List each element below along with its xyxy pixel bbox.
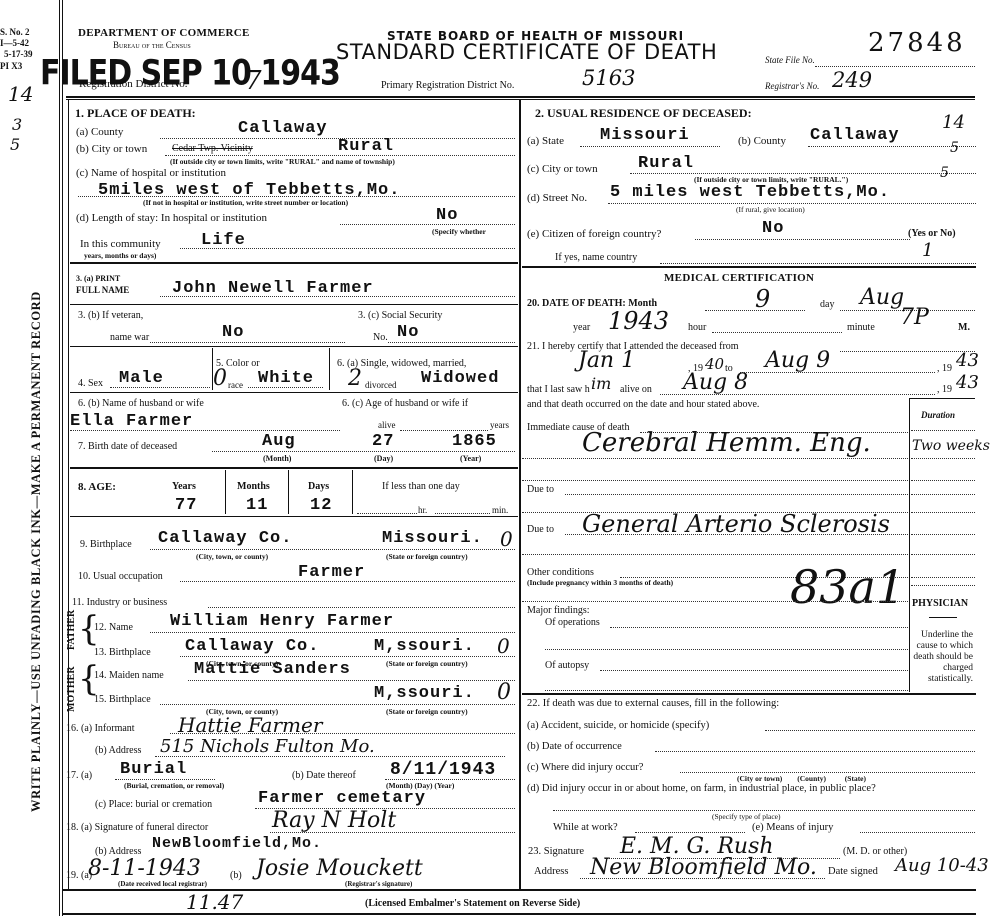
father-name-label: 12. Name [94, 622, 133, 633]
registrar-label: (b) [230, 870, 242, 881]
rule [705, 310, 805, 311]
age-min-label: min. [492, 505, 508, 515]
rule [545, 690, 908, 691]
rule [911, 494, 975, 495]
funeral-director-label: 18. (a) Signature of funeral director [66, 822, 208, 833]
code-mark: 83a1 [790, 560, 905, 614]
registration-district-label: Registration District No. [79, 78, 187, 90]
informant-address-label: (b) Address [95, 745, 141, 756]
rule [608, 203, 976, 204]
death-month-value[interactable]: 9 [755, 285, 770, 313]
margin-rule [59, 0, 60, 916]
age-hr-label: hr. [418, 505, 427, 515]
state-file-number: 27848 [868, 28, 966, 58]
father-state-hint: (State or foreign country) [386, 659, 468, 668]
margin-note-1: 14 [8, 82, 33, 106]
form-code-1: S. No. 2 [0, 27, 30, 37]
birth-year-value[interactable]: 1865 [452, 432, 497, 451]
informant-label: 16. (a) Informant [66, 723, 135, 734]
death-county-value[interactable]: Callaway [238, 119, 328, 138]
occurrence-date-label: (b) Date of occurrence [527, 741, 622, 752]
marital-code: 2 [348, 366, 362, 391]
attended-to-value[interactable]: Aug 9 [765, 348, 830, 373]
residence-state-label: (a) State [527, 135, 564, 147]
rule [225, 470, 226, 514]
city-label: (b) City or town [76, 143, 147, 155]
external-heading: 22. If death was due to external causes,… [527, 698, 779, 709]
residence-city-value[interactable]: Rural [638, 154, 694, 173]
registrar-signature[interactable]: Josie Mouckett [256, 856, 423, 881]
rule [329, 348, 330, 390]
rule [553, 810, 975, 811]
full-name-label-2: FULL NAME [76, 285, 129, 295]
medical-certification-heading: MEDICAL CERTIFICATION [664, 272, 814, 284]
spouse-age-sub: alive [378, 420, 396, 430]
injury-place-label: (d) Did injury occur in or about home, o… [527, 783, 876, 794]
birth-day-hint: (Day) [374, 454, 393, 463]
ssn-value[interactable]: No [397, 323, 419, 342]
rule [170, 733, 515, 734]
age-days-label: Days [308, 481, 329, 492]
rule [180, 656, 515, 657]
rule [150, 549, 515, 550]
registrar-hint: (Registrar's signature) [345, 880, 412, 888]
rule [357, 513, 417, 514]
rule [155, 756, 505, 757]
industry-label: 11. Industry or business [72, 597, 167, 608]
community-hint: years, months or days) [84, 251, 156, 260]
residence-heading: 2. USUAL RESIDENCE OF DECEASED: [535, 106, 752, 121]
duration-column-rule [909, 398, 910, 692]
rule [115, 779, 215, 780]
rule [580, 146, 720, 147]
disposition-hint: (Burial, cremation, or removal) [124, 781, 224, 790]
residence-note-4: 1 [922, 240, 933, 261]
rule [840, 351, 975, 352]
disposition-label: 17. (a) [66, 770, 92, 781]
age-label: 8. AGE: [78, 481, 116, 493]
rule [70, 304, 518, 305]
last-saw-year-prefix: , 19 [937, 384, 952, 395]
margin-note-3: 5 [10, 135, 20, 154]
death-minute-label: minute [847, 322, 875, 333]
city-hint: (If outside city or town limits, write "… [170, 157, 395, 166]
signature-address-value[interactable]: New Bloomfield Mo. [590, 855, 817, 880]
citizen-label: (e) Citizen of foreign country? [527, 228, 661, 240]
burial-date-label: (b) Date thereof [292, 770, 356, 781]
birthplace-city-value[interactable]: Callaway Co. [158, 529, 292, 548]
rule [352, 470, 353, 514]
death-minute-value[interactable]: 7P [900, 305, 929, 330]
veteran-label: 3. (b) If veteran, [78, 310, 143, 321]
death-day-label: day [820, 299, 834, 310]
rule [911, 512, 975, 513]
spouse-label: 6. (b) Name of husband or wife [78, 398, 204, 409]
rule [110, 387, 210, 388]
received-date-value[interactable]: 8-11-1943 [88, 856, 201, 881]
country-label: If yes, name country [555, 252, 637, 263]
rule [70, 467, 518, 469]
rule [712, 332, 842, 333]
hospital-label: (c) Name of hospital or institution [76, 167, 226, 179]
rule [522, 266, 976, 268]
veteran-sub-label: name war [110, 332, 149, 343]
rule [288, 470, 289, 514]
rule [180, 581, 515, 582]
spouse-value[interactable]: Ella Farmer [70, 412, 193, 431]
autopsy-label: Of autopsy [545, 660, 589, 671]
rule [680, 772, 975, 773]
rule [208, 607, 515, 608]
residence-note-3: 5 [940, 165, 949, 181]
mother-birthplace-code: 0 [497, 680, 511, 705]
to-year-value[interactable]: 43 [956, 350, 979, 371]
rule [911, 554, 975, 555]
rule [522, 480, 908, 481]
residence-county-value[interactable]: Callaway [810, 126, 900, 145]
rule [270, 832, 515, 833]
rule [165, 155, 515, 156]
rule [522, 554, 908, 555]
ssn-sub-label: No. [373, 332, 388, 343]
other-conditions-label: Other conditions [527, 567, 594, 578]
rule [150, 342, 345, 343]
burial-date-value[interactable]: 8/11/1943 [390, 760, 496, 780]
rule [909, 398, 975, 399]
state-file-label: State File No. [765, 55, 815, 65]
spouse-age-label: 6. (c) Age of husband or wife if [342, 398, 468, 409]
primary-registration-number: 5163 [582, 66, 635, 90]
residence-note-1: 14 [942, 112, 965, 133]
rule [600, 670, 908, 671]
certificate-title: STANDARD CERTIFICATE OF DEATH [336, 40, 717, 64]
death-m-label: M. [958, 322, 970, 333]
rule [150, 632, 515, 633]
birth-day-value[interactable]: 27 [372, 432, 394, 451]
rule [400, 430, 488, 431]
injury-where-hint: (City or town) (County) (State) [737, 774, 866, 783]
rule [435, 513, 490, 514]
last-saw-label-2: alive on [620, 384, 652, 395]
duration-label: Duration [921, 410, 955, 420]
citizen-hint: (Yes or No) [908, 228, 956, 239]
birth-month-value[interactable]: Aug [262, 432, 296, 451]
birth-date-label: 7. Birth date of deceased [78, 441, 177, 452]
embalmer-note: (Licensed Embalmer's Statement on Revers… [365, 898, 580, 909]
means-label: (e) Means of injury [752, 822, 833, 833]
to-year-prefix: , 19 [937, 363, 952, 374]
hospital-hint: (If not in hospital or institution, writ… [143, 198, 348, 207]
primary-registration-label: Primary Registration District No. [381, 80, 514, 91]
funeral-director-signature[interactable]: Ray N Holt [272, 808, 396, 833]
director-address-value[interactable]: NewBloomfield,Mo. [152, 835, 322, 852]
rule [188, 680, 515, 681]
sex-label: 4. Sex [78, 378, 103, 389]
residence-street-value[interactable]: 5 miles west Tebbetts,Mo. [610, 183, 890, 202]
rule [70, 430, 340, 431]
rule [248, 387, 323, 388]
due-to-label-1: Due to [527, 484, 554, 495]
birthplace-code: 0 [500, 527, 513, 551]
stay-label: (d) Length of stay: In hospital or insti… [76, 212, 267, 224]
rule [180, 248, 515, 249]
date-signed-label: Date signed [828, 866, 878, 877]
rule [70, 346, 518, 347]
rule [815, 66, 975, 67]
county-label: (a) County [76, 126, 123, 138]
last-saw-pronoun[interactable]: im [591, 374, 611, 393]
rule [630, 173, 976, 174]
rule [580, 878, 825, 879]
rule [610, 627, 908, 628]
last-saw-label-1: that I last saw h [527, 384, 590, 395]
occupation-value[interactable]: Farmer [298, 563, 365, 582]
margin-rule-inner [62, 0, 63, 916]
death-year-label: year [573, 322, 590, 333]
rule [911, 480, 975, 481]
age-days-value[interactable]: 12 [310, 496, 332, 515]
accident-label: (a) Accident, suicide, or homicide (spec… [527, 720, 709, 731]
rule [635, 832, 745, 833]
death-hour-label: hour [688, 322, 706, 333]
mother-state-hint: (State or foreign country) [386, 707, 468, 716]
rule [522, 601, 908, 602]
received-hint: (Date received local registrar) [118, 880, 207, 888]
age-years-label: Years [172, 481, 196, 492]
form-code-3: 5-17-39 [4, 49, 33, 59]
mother-maiden-value[interactable]: Mattie Sanders [194, 660, 351, 679]
immediate-cause-value[interactable]: Cerebral Hemm. Eng. [582, 428, 871, 458]
death-year-value[interactable]: 1943 [608, 307, 669, 335]
disposition-value[interactable]: Burial [120, 760, 187, 779]
marital-value[interactable]: Widowed [421, 369, 499, 388]
rule [655, 751, 975, 752]
residence-city-label: (c) City or town [527, 163, 598, 175]
place-of-death-heading: 1. PLACE OF DEATH: [75, 106, 196, 121]
bottom-note: 11.47 [186, 890, 243, 914]
rule [695, 239, 910, 240]
rule [911, 458, 975, 459]
last-saw-value[interactable]: Aug 8 [683, 370, 748, 395]
death-city-value[interactable]: Rural [338, 137, 394, 156]
rule [522, 458, 908, 459]
marital-label-2: divorced [365, 380, 397, 390]
form-code-4: PI X3 [0, 61, 22, 71]
bureau-label: Bureau of the Census [113, 40, 191, 50]
physician-note: Underline the cause to which death shoul… [911, 630, 973, 685]
occurred-label: and that death occurred on the date and … [527, 399, 759, 410]
rule [388, 342, 515, 343]
vertical-notice: WRITE PLAINLY—USE UNFADING BLACK INK—MAK… [29, 291, 44, 812]
mother-birthplace-state[interactable]: M,ssouri. [374, 684, 475, 703]
margin-note-2: 3 [12, 115, 22, 134]
birth-year-hint: (Year) [460, 454, 481, 463]
father-name-value[interactable]: William Henry Farmer [170, 612, 394, 631]
residence-street-label: (d) Street No. [527, 192, 587, 204]
age-years-value[interactable]: 77 [175, 496, 197, 515]
burial-place-value[interactable]: Farmer cemetary [258, 789, 426, 808]
residence-note-2: 5 [950, 140, 959, 156]
death-day-value[interactable]: Aug [860, 285, 904, 310]
veteran-value[interactable]: No [222, 323, 244, 342]
rule [740, 372, 935, 373]
father-birthplace-state[interactable]: M,ssouri. [374, 637, 475, 656]
operations-label: Of operations [545, 617, 600, 628]
birthplace-label: 9. Birthplace [80, 539, 132, 550]
rule [565, 494, 908, 495]
mother-birthplace-label: 15. Birthplace [94, 694, 151, 705]
rule [78, 196, 515, 197]
race-code: 0 [213, 366, 227, 391]
rule [660, 263, 976, 264]
sex-value[interactable]: Male [119, 369, 164, 388]
rule [522, 693, 976, 695]
birth-month-hint: (Month) [263, 454, 291, 463]
column-divider [519, 100, 521, 890]
immediate-duration-value[interactable]: Two weeks [912, 436, 992, 456]
residence-state-value[interactable]: Missouri [600, 126, 690, 145]
signature-address-label: Address [534, 866, 568, 877]
father-birthplace-code: 0 [497, 634, 510, 658]
date-signed-value[interactable]: Aug 10-43 [895, 855, 989, 876]
age-months-label: Months [237, 481, 270, 492]
due-to-label-2: Due to [527, 524, 554, 535]
rule [545, 649, 908, 650]
last-saw-year-value[interactable]: 43 [956, 372, 979, 393]
birthplace-state-hint: (State or foreign country) [386, 552, 468, 561]
stay-hospital-value[interactable]: No [436, 206, 458, 225]
injury-place-hint: (Specify type of place) [712, 812, 781, 821]
rule [660, 394, 935, 395]
rule [70, 262, 518, 264]
rule [911, 430, 975, 431]
registrars-label: Registrar's No. [765, 81, 819, 91]
rule [911, 577, 975, 578]
burial-place-label: (c) Place: burial or cremation [95, 799, 212, 810]
birthplace-city-hint: (City, town, or county) [196, 552, 268, 561]
rule [765, 730, 975, 731]
birthplace-state-value[interactable]: Missouri. [382, 529, 483, 548]
community-label: In this community [80, 238, 161, 250]
father-birthplace-city[interactable]: Callaway Co. [185, 637, 319, 656]
occupation-label: 10. Usual occupation [78, 571, 163, 582]
mother-maiden-label: 14. Maiden name [94, 670, 164, 681]
full-name-label-1: 3. (a) PRINT [76, 275, 120, 283]
spouse-age-unit: years [490, 420, 509, 430]
injury-where-label: (c) Where did injury occur? [527, 762, 643, 773]
informant-address-value[interactable]: 515 Nichols Fulton Mo. [160, 736, 375, 757]
physician-note-title: PHYSICIAN [912, 598, 968, 609]
rule [929, 617, 957, 618]
work-label: While at work? [553, 822, 618, 833]
form-code-2: I—5-42 [0, 38, 29, 48]
residence-street-hint: (If rural, give location) [736, 205, 805, 214]
rule [911, 585, 975, 586]
father-birthplace-label: 13. Birthplace [94, 647, 151, 658]
signature-label: 23. Signature [528, 846, 584, 857]
age-months-value[interactable]: 11 [246, 496, 268, 515]
department-label: DEPARTMENT OF COMMERCE [78, 27, 250, 39]
race-value[interactable]: White [258, 369, 314, 388]
stay-hint: (Specify whether [432, 227, 486, 236]
race-label-2: race [228, 380, 243, 390]
rule [160, 704, 515, 705]
rule [860, 832, 975, 833]
ssn-label: 3. (c) Social Security [358, 310, 442, 321]
residence-county-label: (b) County [738, 135, 786, 147]
registration-district-number: 7 [245, 66, 262, 96]
rule [340, 224, 515, 225]
death-city-struck: Cedar Twp. Vicinity [172, 143, 253, 154]
citizen-value[interactable]: No [762, 219, 784, 238]
rule [911, 534, 975, 535]
rule [66, 96, 975, 98]
rule [62, 913, 976, 915]
rule [70, 392, 518, 393]
rule [565, 534, 908, 535]
father-side-label: FATHER [66, 610, 77, 650]
attended-from-value[interactable]: Jan 1 [578, 348, 635, 373]
rule [160, 296, 515, 297]
rule [385, 779, 515, 780]
registrars-number: 249 [832, 68, 872, 92]
other-conditions-hint: (Include pregnancy within 3 months of de… [527, 578, 673, 587]
major-findings-label: Major findings: [527, 605, 590, 616]
age-less-label: If less than one day [382, 481, 460, 492]
rule [212, 451, 515, 452]
rule [70, 516, 518, 517]
mother-side-label: MOTHER [66, 666, 77, 712]
